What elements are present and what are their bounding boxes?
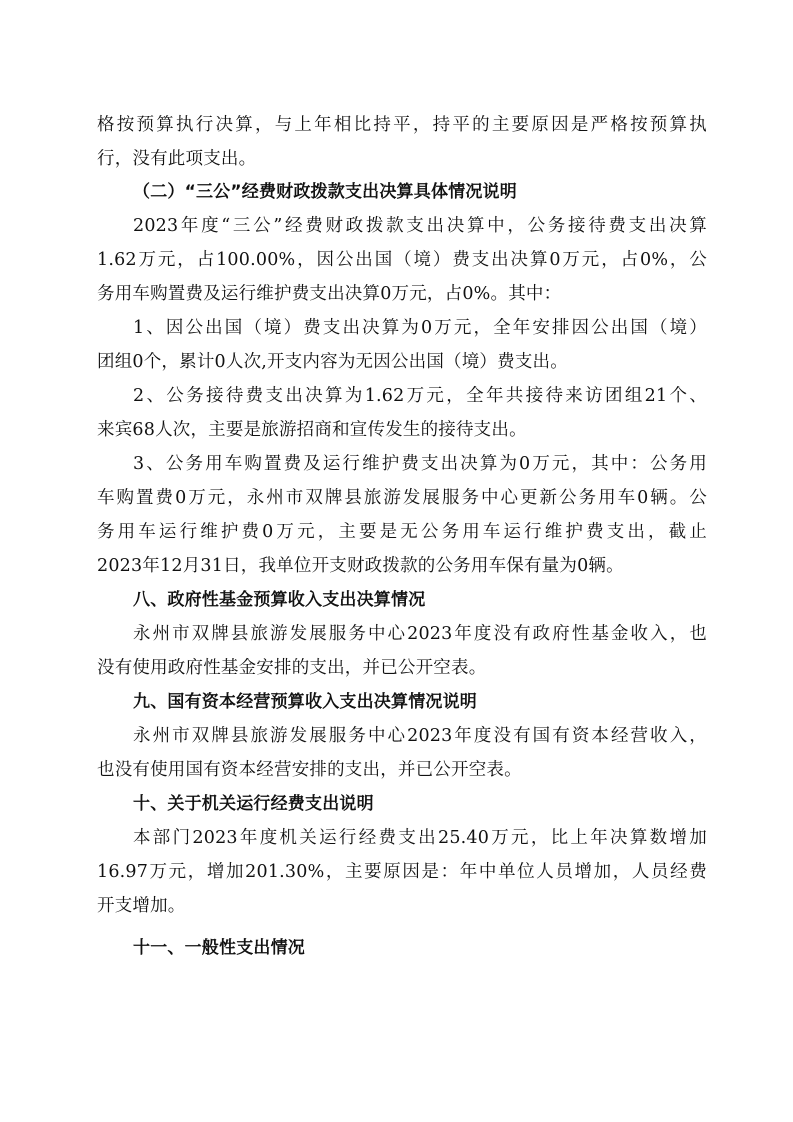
section-heading-9: 九、国有资本经营预算收入支出决算情况说明 <box>97 690 477 714</box>
paragraph-line: 务用车购置费及运行维护费支出决算0万元，占0%。其中： <box>97 282 561 306</box>
paragraph-line: 格按预算执行决算，与上年相比持平，持平的主要原因是严格按预算执 <box>97 113 707 137</box>
paragraph-line: 务用车运行维护费0万元，主要是无公务用车运行维护费支出，截止 <box>97 520 707 544</box>
paragraph-line: 2、公务接待费支出决算为1.62万元，全年共接待来访团组21个、 <box>97 384 707 408</box>
paragraph-line: 1.62万元，占100.00%，因公出国（境）费支出决算0万元，占0%，公 <box>97 248 707 272</box>
paragraph-line: 没有使用政府性基金安排的支出，并已公开空表。 <box>97 656 486 680</box>
paragraph-line: 永州市双牌县旅游发展服务中心2023年度没有国有资本经营收入， <box>97 724 707 748</box>
paragraph-line: 来宾68人次，主要是旅游招商和宣传发生的接待支出。 <box>97 418 527 442</box>
paragraph-line: 16.97万元，增加201.30%，主要原因是：年中单位人员增加，人员经费 <box>97 860 707 884</box>
paragraph-line: 永州市双牌县旅游发展服务中心2023年度没有政府性基金收入，也 <box>97 622 707 646</box>
paragraph-line: 行，没有此项支出。 <box>97 147 256 171</box>
paragraph-line: 开支增加。 <box>97 894 186 918</box>
paragraph-line: 车购置费0万元，永州市双牌县旅游发展服务中心更新公务用车0辆。公 <box>97 486 707 510</box>
section-heading-8: 八、政府性基金预算收入支出决算情况 <box>97 588 425 612</box>
paragraph-line: 团组0个，累计0人次,开支内容为无因公出国（境）费支出。 <box>97 350 568 374</box>
paragraph-line: 2023年12月31日，我单位开支财政拨款的公务用车保有量为0辆。 <box>97 554 624 578</box>
section-heading-10: 十、关于机关运行经费支出说明 <box>97 792 374 816</box>
section-heading-11: 十一、一般性支出情况 <box>97 936 305 960</box>
paragraph-line: 3、公务用车购置费及运行维护费支出决算为0万元，其中：公务用 <box>97 452 707 476</box>
section-heading-sangong: （二）“三公”经费财政拨款支出决算具体情况说明 <box>97 180 517 204</box>
paragraph-line: 1、因公出国（境）费支出决算为0万元，全年安排因公出国（境） <box>97 316 707 340</box>
paragraph-line: 也没有使用国有资本经营安排的支出，并已公开空表。 <box>97 758 522 782</box>
paragraph-line: 本部门2023年度机关运行经费支出25.40万元，比上年决算数增加 <box>97 826 707 850</box>
paragraph-line: 2023年度“三公”经费财政拨款支出决算中，公务接待费支出决算 <box>97 214 707 238</box>
